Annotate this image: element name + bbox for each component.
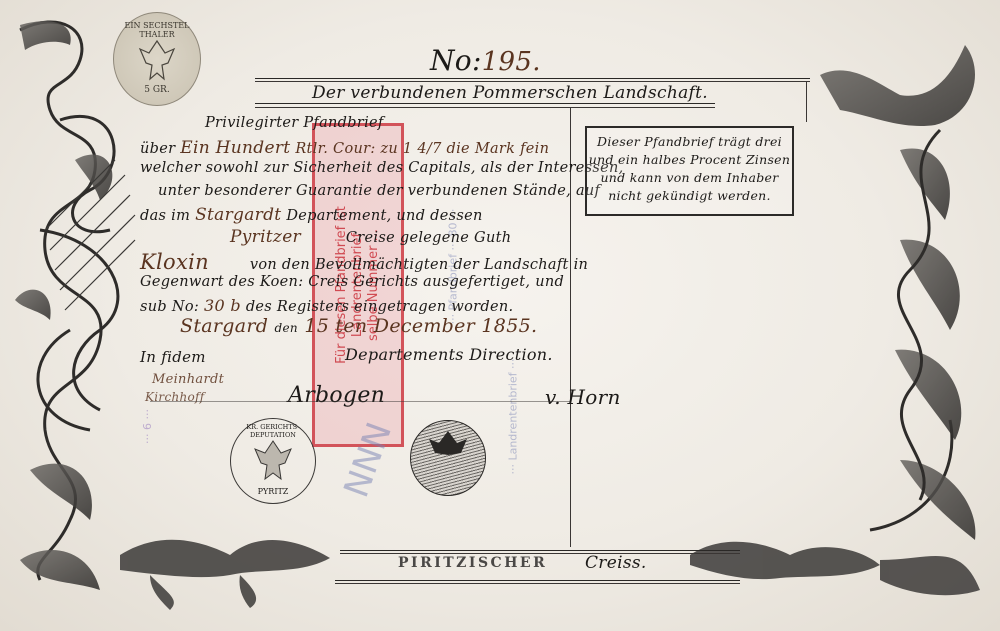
place: Stargard xyxy=(180,315,268,337)
court-seal: KR. GERICHTS-DEPUTATION PYRITZ xyxy=(230,418,316,504)
estate-handwritten: Kloxin xyxy=(140,250,209,274)
department-handwritten: Stargardt xyxy=(195,205,281,225)
interest-notice-box: Dieser Pfandbrief trägt drei und ein hal… xyxy=(585,126,794,216)
signature-4: v. Horn xyxy=(545,385,621,409)
body-line-8: Gegenwart des Koen: Creis Gerichts ausge… xyxy=(140,274,564,290)
signature-1: Meinhardt xyxy=(152,372,224,387)
tax-stamp-seal: EIN SECHSTEL THALER 5 GR. xyxy=(113,12,201,106)
body-line-5: das im Stargardt Departement, und dessen xyxy=(140,205,483,225)
document-header: Der verbundenen Pommerschen Landschaft. xyxy=(312,83,708,103)
signature-line xyxy=(150,401,570,402)
district-suffix: Creiss. xyxy=(585,553,647,573)
district-handwritten: Pyritzer xyxy=(230,227,301,247)
date-day: 15 ten xyxy=(304,315,367,337)
court-seal-text: KR. GERICHTS-DEPUTATION xyxy=(237,423,309,439)
footer-rule-top xyxy=(340,550,740,551)
blue-stamp-mark-2: ··· Landrentenbrief ··· xyxy=(507,358,520,474)
embossed-seal xyxy=(410,420,486,496)
body-line-6: Pyritzer Creise gelegene Guth xyxy=(230,227,511,247)
header-rule-bottom-inner xyxy=(255,107,715,108)
signature-3: Arbogen xyxy=(288,383,385,408)
header-rule-top-inner xyxy=(255,81,810,82)
document-number: No:195. xyxy=(430,44,541,77)
header-rule-bottom xyxy=(255,103,715,104)
eagle-icon xyxy=(411,421,485,495)
date-month: December xyxy=(374,315,475,337)
body-line-2: über Ein Hundert Rtlr. Cour: zu 1 4/7 di… xyxy=(140,138,549,158)
header-rule-top xyxy=(255,78,810,79)
footer-rule-bottom xyxy=(335,580,740,581)
number-label: No: xyxy=(430,44,482,77)
pfandbrief-document: EIN SECHSTEL THALER 5 GR. No:195. Der ve… xyxy=(0,0,1000,631)
place-date-line: Stargard den 15 ten December 1855. xyxy=(180,315,537,337)
in-fidem-label: In fidem xyxy=(140,348,206,366)
amount-handwritten: Ein Hundert xyxy=(180,138,290,158)
body-line-1: Privilegirter Pfandbrief xyxy=(205,115,384,131)
court-seal-place: PYRITZ xyxy=(231,487,315,496)
body-line-3: welcher sowohl zur Sicherheit des Capita… xyxy=(140,160,624,176)
right-inner-border xyxy=(806,82,807,122)
district-stamp: PIRITZISCHER xyxy=(398,555,547,571)
body-line-7: Kloxin von den Bevollmächtigten der Land… xyxy=(140,250,588,274)
date-year: 1855. xyxy=(481,315,537,337)
footer-rule-bottom-inner xyxy=(335,583,740,584)
direction-label: Departements Direction. xyxy=(345,345,553,364)
tax-stamp-value: 5 GR. xyxy=(114,85,200,95)
number-value: 195. xyxy=(482,47,541,77)
purple-stamp-mark: ··· 6 ··· xyxy=(141,409,154,444)
footer-rule-top-inner xyxy=(340,553,740,554)
tax-stamp-text: EIN SECHSTEL THALER xyxy=(118,21,196,39)
body-line-9: sub No: des Registers eingetragen worden… xyxy=(140,296,513,315)
body-line-4: unter besonderer Guarantie der verbunden… xyxy=(158,183,600,199)
